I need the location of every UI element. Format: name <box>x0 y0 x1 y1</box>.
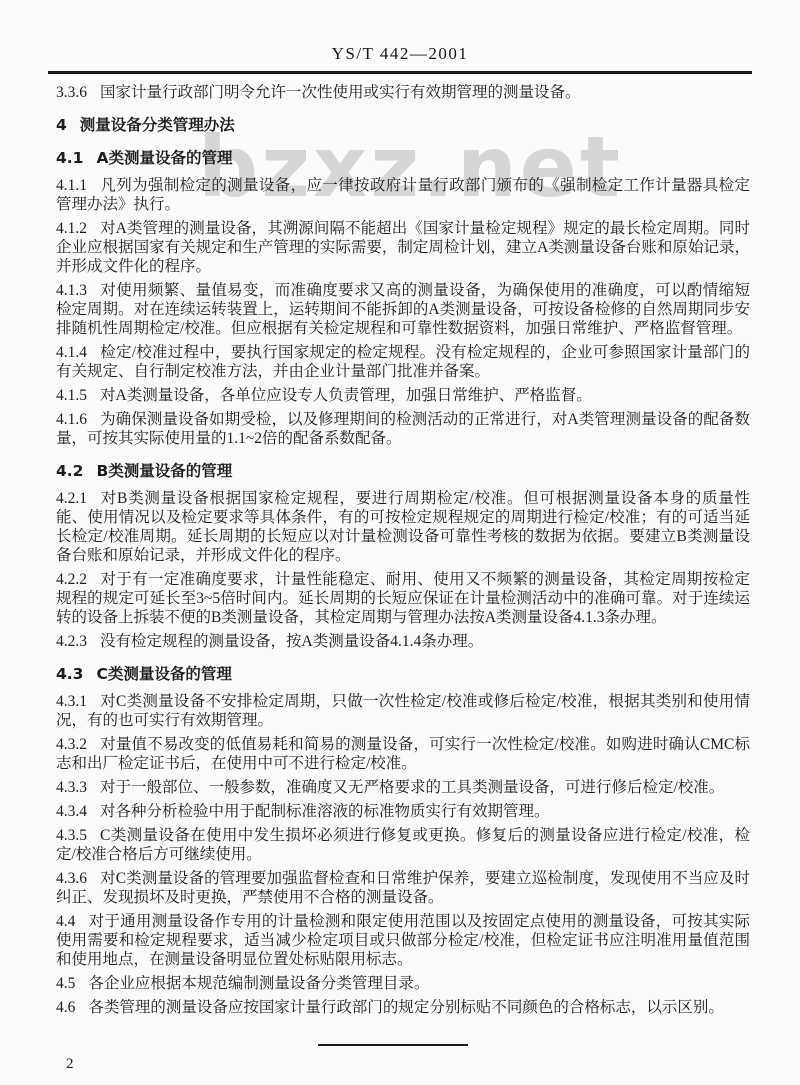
clause-text: C类测量设备的管理 <box>96 665 231 683</box>
clause-paragraph: 4.5各企业应根据本规范编制测量设备分类管理目录。 <box>56 974 750 993</box>
clause-paragraph: 4.2.3没有检定规程的测量设备，按A类测量设备4.1.4条办理。 <box>56 632 750 651</box>
clause-number: 4.2 <box>56 462 83 480</box>
clause-paragraph: 4.3.3对于一般部位、一般参数，准确度又无严格要求的工具类测量设备，可进行修后… <box>56 778 750 797</box>
clause-number: 4.2.3 <box>56 633 87 650</box>
clause-heading: 4.1A类测量设备的管理 <box>56 149 750 168</box>
clause-paragraph: 4.2.2对于有一定准确度要求，计量性能稳定、耐用、使用又不频繁的测量设备，其检… <box>56 570 750 627</box>
clause-number: 4.3.3 <box>56 779 87 796</box>
clause-paragraph: 4.4对于通用测量设备作专用的计量检测和限定使用范围以及按固定点使用的测量设备，… <box>56 912 750 969</box>
clause-number: 4.1.3 <box>56 282 87 299</box>
clause-text: 对B类测量设备根据国家检定规程，要进行周期检定/校准。但可根据测量设备本身的质量… <box>56 490 750 564</box>
clause-paragraph: 4.3.6对C类测量设备的管理要加强监督检查和日常维护保养，要建立巡检制度，发现… <box>56 869 750 907</box>
document-page: bzxz.net YS/T 442—2001 3.3.6国家计量行政部门明令允许… <box>0 0 800 1085</box>
clause-text: 对A类测量设备，各单位应设专人负责管理，加强日常维护、严格监督。 <box>100 387 592 404</box>
clause-text: 对于有一定准确度要求，计量性能稳定、耐用、使用又不频繁的测量设备，其检定周期按检… <box>56 571 750 626</box>
clause-paragraph: 3.3.6国家计量行政部门明令允许一次性使用或实行有效期管理的测量设备。 <box>56 83 750 102</box>
clause-heading: 4.3C类测量设备的管理 <box>56 665 750 684</box>
clause-paragraph: 4.1.1凡列为强制检定的测量设备，应一律按政府计量行政部门颁布的《强制检定工作… <box>56 176 750 214</box>
clause-paragraph: 4.6各类管理的测量设备应按国家计量行政部门的规定分别标贴不同颜色的合格标志，以… <box>56 998 750 1017</box>
clause-text: C类测量设备在使用中发生损坏必须进行修复或更换。修复后的测量设备应进行检定/校准… <box>56 827 750 863</box>
standard-number: YS/T 442—2001 <box>0 44 800 64</box>
clause-paragraph: 4.1.5对A类测量设备，各单位应设专人负责管理，加强日常维护、严格监督。 <box>56 386 750 405</box>
clause-number: 4.3.5 <box>56 827 87 844</box>
clause-heading: 4测量设备分类管理办法 <box>56 116 750 135</box>
header-rule <box>48 71 752 74</box>
page-header: YS/T 442—2001 <box>0 0 800 74</box>
clause-paragraph: 4.3.2对量值不易改变的低值易耗和简易的测量设备，可实行一次性检定/校准。如购… <box>56 735 750 773</box>
clause-number: 4.1.6 <box>56 411 87 428</box>
clause-text: 对A类管理的测量设备，其溯源间隔不能超出《国家计量检定规程》规定的最长检定周期。… <box>56 220 750 275</box>
clause-paragraph: 4.1.6为确保测量设备如期受检，以及修理期间的检测活动的正常进行，对A类管理测… <box>56 410 750 448</box>
clause-number: 4.3 <box>56 665 83 683</box>
clause-paragraph: 4.1.4检定/校准过程中，要执行国家规定的检定规程。没有检定规程的，企业可参照… <box>56 343 750 381</box>
clause-text: 为确保测量设备如期受检，以及修理期间的检测活动的正常进行，对A类管理测量设备的配… <box>56 411 750 447</box>
clause-text: 对于一般部位、一般参数，准确度又无严格要求的工具类测量设备，可进行修后检定/校准… <box>100 779 724 796</box>
clause-paragraph: 4.3.1对C类测量设备不安排检定周期，只做一次性检定/校准或修后检定/校准，根… <box>56 692 750 730</box>
clause-text: 对使用频繁、量值易变，而准确度要求又高的测量设备，为确保使用的准确度，可以酌情缩… <box>56 282 750 337</box>
clause-text: 测量设备分类管理办法 <box>80 116 235 134</box>
clause-number: 4.6 <box>56 999 75 1016</box>
clause-text: 凡列为强制检定的测量设备，应一律按政府计量行政部门颁布的《强制检定工作计量器具检… <box>56 177 750 213</box>
clause-number: 4.3.4 <box>56 803 87 820</box>
clause-text: 各类管理的测量设备应按国家计量行政部门的规定分别标贴不同颜色的合格标志，以示区别… <box>88 999 724 1016</box>
clause-paragraph: 4.1.2对A类管理的测量设备，其溯源间隔不能超出《国家计量检定规程》规定的最长… <box>56 219 750 276</box>
clause-text: 国家计量行政部门明令允许一次性使用或实行有效期管理的测量设备。 <box>100 84 581 101</box>
clause-text: 对各种分析检验中用于配制标准溶液的标准物质实行有效期管理。 <box>100 803 550 820</box>
clause-text: 没有检定规程的测量设备，按A类测量设备4.1.4条办理。 <box>100 633 483 650</box>
clause-number: 4.1.1 <box>56 177 87 194</box>
clause-text: 对C类测量设备不安排检定周期，只做一次性检定/校准或修后检定/校准，根据其类别和… <box>56 693 750 729</box>
end-of-text-rule <box>318 1044 468 1046</box>
clause-text: 对C类测量设备的管理要加强监督检查和日常维护保养，要建立巡检制度，发现使用不当应… <box>56 870 750 906</box>
clause-text: 检定/校准过程中，要执行国家规定的检定规程。没有检定规程的，企业可参照国家计量部… <box>56 344 750 380</box>
clause-number: 4.1.2 <box>56 220 87 237</box>
clause-paragraph: 4.2.1对B类测量设备根据国家检定规程，要进行周期检定/校准。但可根据测量设备… <box>56 489 750 565</box>
clause-text: A类测量设备的管理 <box>96 149 232 167</box>
document-body: 3.3.6国家计量行政部门明令允许一次性使用或实行有效期管理的测量设备。4测量设… <box>56 83 750 1017</box>
clause-text: 对量值不易改变的低值易耗和简易的测量设备，可实行一次性检定/校准。如购进时确认C… <box>56 736 750 772</box>
clause-paragraph: 4.3.5C类测量设备在使用中发生损坏必须进行修复或更换。修复后的测量设备应进行… <box>56 826 750 864</box>
clause-paragraph: 4.3.4对各种分析检验中用于配制标准溶液的标准物质实行有效期管理。 <box>56 802 750 821</box>
clause-number: 4.2.2 <box>56 571 87 588</box>
page-number: 2 <box>66 1056 74 1073</box>
clause-number: 4.3.1 <box>56 693 87 710</box>
clause-number: 4 <box>56 116 67 134</box>
clause-number: 4.2.1 <box>56 490 87 507</box>
clause-number: 3.3.6 <box>56 84 87 101</box>
clause-number: 4.4 <box>56 913 75 930</box>
clause-number: 4.3.6 <box>56 870 87 887</box>
clause-number: 4.1.5 <box>56 387 87 404</box>
clause-paragraph: 4.1.3对使用频繁、量值易变，而准确度要求又高的测量设备，为确保使用的准确度，… <box>56 281 750 338</box>
clause-number: 4.3.2 <box>56 736 87 753</box>
clause-text: B类测量设备的管理 <box>96 462 232 480</box>
clause-number: 4.1 <box>56 149 83 167</box>
clause-number: 4.1.4 <box>56 344 87 361</box>
clause-text: 对于通用测量设备作专用的计量检测和限定使用范围以及按固定点使用的测量设备，可按其… <box>56 913 750 968</box>
clause-text: 各企业应根据本规范编制测量设备分类管理目录。 <box>88 975 429 992</box>
clause-number: 4.5 <box>56 975 75 992</box>
clause-heading: 4.2B类测量设备的管理 <box>56 462 750 481</box>
